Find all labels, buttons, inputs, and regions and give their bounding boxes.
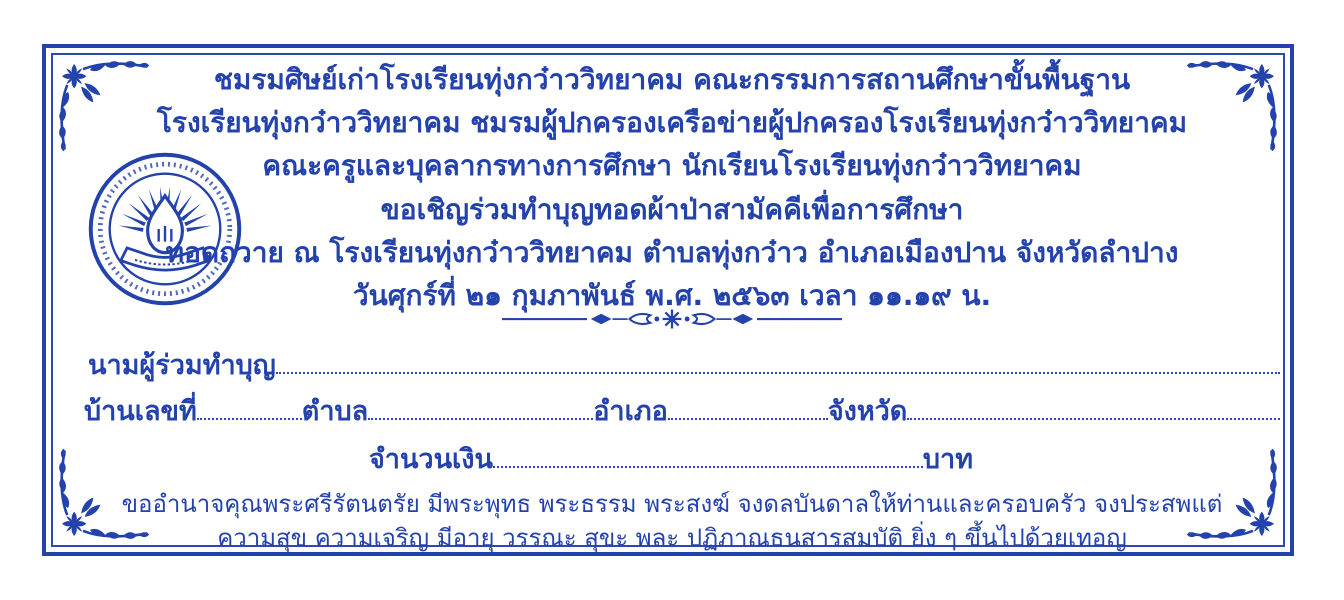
address-row: บ้านเลขที่ ตำบล อำเภอ จังหวัด bbox=[62, 396, 1280, 427]
amount-fill-line bbox=[493, 466, 923, 468]
blessing-line-1: ขออำนาจคุณพระศรีรัตนตรัย มีพระพุทธ พระธร… bbox=[70, 487, 1274, 521]
donation-invitation-card: ชมรมศิษย์เก่าโรงเรียนทุ่งกว๋าววิทยาคม คณ… bbox=[0, 0, 1344, 600]
house-no-label: บ้านเลขที่ bbox=[84, 396, 197, 427]
blessing-line-2: ความสุข ความเจริญ มีอายุ วรรณะ สุขะ พละ … bbox=[70, 521, 1274, 555]
subdistrict-label: ตำบล bbox=[302, 396, 368, 427]
header-line-hosts-2: โรงเรียนทุ่งกว๋าววิทยาคม ชมรมผู้ปกครองเค… bbox=[70, 103, 1274, 143]
subdistrict-fill-line bbox=[368, 418, 593, 420]
amount-row: จำนวนเงิน บาท bbox=[62, 444, 1280, 475]
donor-name-fill-line bbox=[276, 372, 1280, 374]
district-label: อำเภอ bbox=[593, 396, 668, 427]
province-fill-line bbox=[907, 418, 1280, 420]
province-label: จังหวัด bbox=[828, 396, 908, 427]
header-line-hosts-1: ชมรมศิษย์เก่าโรงเรียนทุ่งกว๋าววิทยาคม คณ… bbox=[70, 60, 1274, 100]
header-line-invitation: ขอเชิญร่วมทำบุญทอดผ้าป่าสามัคคีเพื่อการศ… bbox=[70, 190, 1274, 230]
header-line-venue: ทอดถวาย ณ โรงเรียนทุ่งกว๋าววิทยาคม ตำบลท… bbox=[70, 233, 1274, 273]
donor-name-row: นามผู้ร่วมทำบุญ bbox=[62, 350, 1280, 381]
donor-name-label: นามผู้ร่วมทำบุญ bbox=[88, 350, 276, 381]
amount-label: จำนวนเงิน bbox=[369, 444, 493, 475]
currency-label: บาท bbox=[923, 444, 973, 475]
district-fill-line bbox=[668, 418, 828, 420]
ornamental-divider-icon bbox=[0, 306, 1344, 332]
house-no-fill-line bbox=[197, 418, 302, 420]
header-line-hosts-3: คณะครูและบุคลากรทางการศึกษา นักเรียนโรงเ… bbox=[70, 146, 1274, 186]
